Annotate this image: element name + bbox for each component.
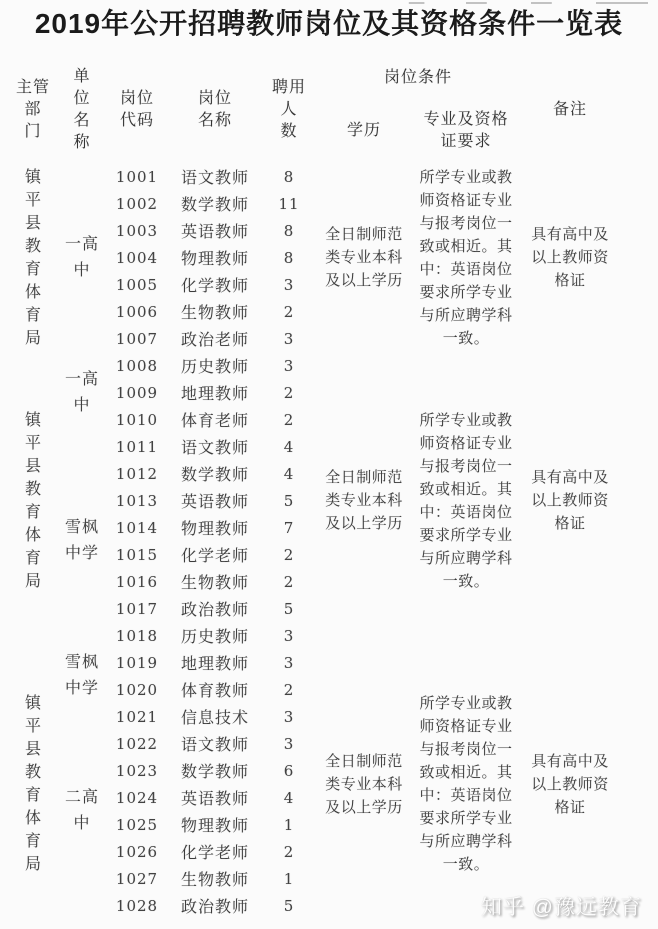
hire-count: 2 — [262, 406, 316, 433]
position-name: 历史教师 — [168, 622, 262, 649]
hire-count: 3 — [262, 730, 316, 757]
position-code: 1024 — [106, 784, 168, 811]
page-title: 2019年公开招聘教师岗位及其资格条件一览表 — [0, 0, 658, 43]
hire-count: 2 — [262, 568, 316, 595]
table-row: 镇 平 县 教 育 体 育 局一高 中1001语文教师8全日制师范 类专业本科 … — [8, 163, 620, 190]
recruitment-table: 主管 部 门 单 位 名 称 岗位 代码 岗位 名称 聘用 人 数 岗位条件 备… — [8, 57, 620, 919]
unit-cell: 雪枫 中学 — [58, 433, 106, 649]
position-name: 化学教师 — [168, 271, 262, 298]
watermark: 知乎 @豫远教育 — [481, 891, 642, 921]
position-code: 1017 — [106, 595, 168, 622]
hire-count: 5 — [262, 595, 316, 622]
col-header-conditions: 岗位条件 — [316, 57, 520, 99]
position-name: 英语教师 — [168, 487, 262, 514]
col-header-code: 岗位 代码 — [106, 57, 168, 163]
position-code: 1014 — [106, 514, 168, 541]
education-requirement: 全日制师范 类专业本科 及以上学历 — [316, 649, 412, 919]
position-code: 1007 — [106, 325, 168, 352]
remark: 具有高中及 以上教师资 格证 — [520, 649, 620, 919]
hire-count: 1 — [262, 865, 316, 892]
hire-count: 8 — [262, 163, 316, 190]
position-code: 1027 — [106, 865, 168, 892]
position-name: 生物教师 — [168, 298, 262, 325]
dept-cell: 镇 平 县 教 育 体 育 局 — [8, 163, 58, 352]
position-name: 物理教师 — [168, 244, 262, 271]
hire-count: 5 — [262, 487, 316, 514]
position-code: 1013 — [106, 487, 168, 514]
unit-cell: 一高 中 — [58, 352, 106, 433]
unit-cell: 雪枫 中学 — [58, 649, 106, 703]
position-name: 政治教师 — [168, 892, 262, 919]
position-code: 1028 — [106, 892, 168, 919]
position-name: 化学老师 — [168, 541, 262, 568]
position-name: 生物教师 — [168, 865, 262, 892]
position-code: 1020 — [106, 676, 168, 703]
position-name: 化学老师 — [168, 838, 262, 865]
col-header-qualification: 专业及资格 证要求 — [412, 99, 520, 163]
position-code: 1025 — [106, 811, 168, 838]
position-code: 1018 — [106, 622, 168, 649]
col-header-dept: 主管 部 门 — [8, 57, 58, 163]
hire-count: 6 — [262, 757, 316, 784]
hire-count: 11 — [262, 190, 316, 217]
hire-count: 2 — [262, 838, 316, 865]
position-name: 语文教师 — [168, 730, 262, 757]
position-name: 信息技术 — [168, 703, 262, 730]
hire-count: 3 — [262, 649, 316, 676]
position-name: 语文教师 — [168, 163, 262, 190]
education-requirement: 全日制师范 类专业本科 及以上学历 — [316, 352, 412, 649]
position-code: 1009 — [106, 379, 168, 406]
hire-count: 3 — [262, 325, 316, 352]
position-code: 1022 — [106, 730, 168, 757]
position-code: 1011 — [106, 433, 168, 460]
hire-count: 2 — [262, 676, 316, 703]
position-code: 1002 — [106, 190, 168, 217]
position-code: 1016 — [106, 568, 168, 595]
hire-count: 4 — [262, 784, 316, 811]
header-row: 主管 部 门 单 位 名 称 岗位 代码 岗位 名称 聘用 人 数 岗位条件 备… — [8, 57, 620, 99]
hire-count: 3 — [262, 271, 316, 298]
position-name: 政治教师 — [168, 595, 262, 622]
position-name: 体育教师 — [168, 676, 262, 703]
position-name: 数学教师 — [168, 460, 262, 487]
position-name: 历史教师 — [168, 352, 262, 379]
table-row: 镇 平 县 教 育 体 育 局一高 中1008历史教师3全日制师范 类专业本科 … — [8, 352, 620, 379]
position-name: 英语教师 — [168, 784, 262, 811]
remark: 具有高中及 以上教师资 格证 — [520, 352, 620, 649]
position-name: 英语教师 — [168, 217, 262, 244]
position-code: 1021 — [106, 703, 168, 730]
hire-count: 2 — [262, 541, 316, 568]
position-code: 1010 — [106, 406, 168, 433]
table-body: 镇 平 县 教 育 体 育 局一高 中1001语文教师8全日制师范 类专业本科 … — [8, 163, 620, 919]
position-code: 1008 — [106, 352, 168, 379]
position-code: 1003 — [106, 217, 168, 244]
table-header: 主管 部 门 单 位 名 称 岗位 代码 岗位 名称 聘用 人 数 岗位条件 备… — [8, 57, 620, 163]
hire-count: 4 — [262, 460, 316, 487]
hire-count: 8 — [262, 217, 316, 244]
dept-cell: 镇 平 县 教 育 体 育 局 — [8, 352, 58, 649]
position-name: 体育老师 — [168, 406, 262, 433]
unit-cell: 二高 中 — [58, 703, 106, 919]
position-name: 物理教师 — [168, 811, 262, 838]
page: 2019年公开招聘教师岗位及其资格条件一览表 主管 部 门 单 位 名 称 岗位… — [0, 0, 658, 929]
position-name: 地理教师 — [168, 649, 262, 676]
education-requirement: 全日制师范 类专业本科 及以上学历 — [316, 163, 412, 352]
remark: 具有高中及 以上教师资 格证 — [520, 163, 620, 352]
hire-count: 5 — [262, 892, 316, 919]
hire-count: 3 — [262, 703, 316, 730]
qualification-requirement: 所学专业或教 师资格证专业 与报考岗位一 致或相近。其 中：英语岗位 要求所学专… — [412, 352, 520, 649]
position-code: 1026 — [106, 838, 168, 865]
position-code: 1004 — [106, 244, 168, 271]
position-name: 生物教师 — [168, 568, 262, 595]
col-header-name: 岗位 名称 — [168, 57, 262, 163]
hire-count: 4 — [262, 433, 316, 460]
unit-cell: 一高 中 — [58, 163, 106, 352]
col-header-count: 聘用 人 数 — [262, 57, 316, 163]
hire-count: 8 — [262, 244, 316, 271]
position-code: 1023 — [106, 757, 168, 784]
hire-count: 1 — [262, 811, 316, 838]
dept-cell: 镇 平 县 教 育 体 育 局 — [8, 649, 58, 919]
position-name: 语文教师 — [168, 433, 262, 460]
qualification-requirement: 所学专业或教 师资格证专业 与报考岗位一 致或相近。其 中：英语岗位 要求所学专… — [412, 649, 520, 919]
hire-count: 2 — [262, 379, 316, 406]
hire-count: 2 — [262, 298, 316, 325]
col-header-remark: 备注 — [520, 57, 620, 163]
position-name: 政治老师 — [168, 325, 262, 352]
col-header-education: 学历 — [316, 99, 412, 163]
position-code: 1012 — [106, 460, 168, 487]
position-name: 地理教师 — [168, 379, 262, 406]
position-code: 1006 — [106, 298, 168, 325]
position-name: 物理教师 — [168, 514, 262, 541]
hire-count: 3 — [262, 352, 316, 379]
hire-count: 3 — [262, 622, 316, 649]
col-header-unit: 单 位 名 称 — [58, 57, 106, 163]
table-row: 镇 平 县 教 育 体 育 局雪枫 中学1019地理教师3全日制师范 类专业本科… — [8, 649, 620, 676]
position-code: 1001 — [106, 163, 168, 190]
position-name: 数学教师 — [168, 757, 262, 784]
position-name: 数学教师 — [168, 190, 262, 217]
position-code: 1019 — [106, 649, 168, 676]
hire-count: 7 — [262, 514, 316, 541]
position-code: 1015 — [106, 541, 168, 568]
position-code: 1005 — [106, 271, 168, 298]
qualification-requirement: 所学专业或教 师资格证专业 与报考岗位一 致或相近。其 中：英语岗位 要求所学专… — [412, 163, 520, 352]
